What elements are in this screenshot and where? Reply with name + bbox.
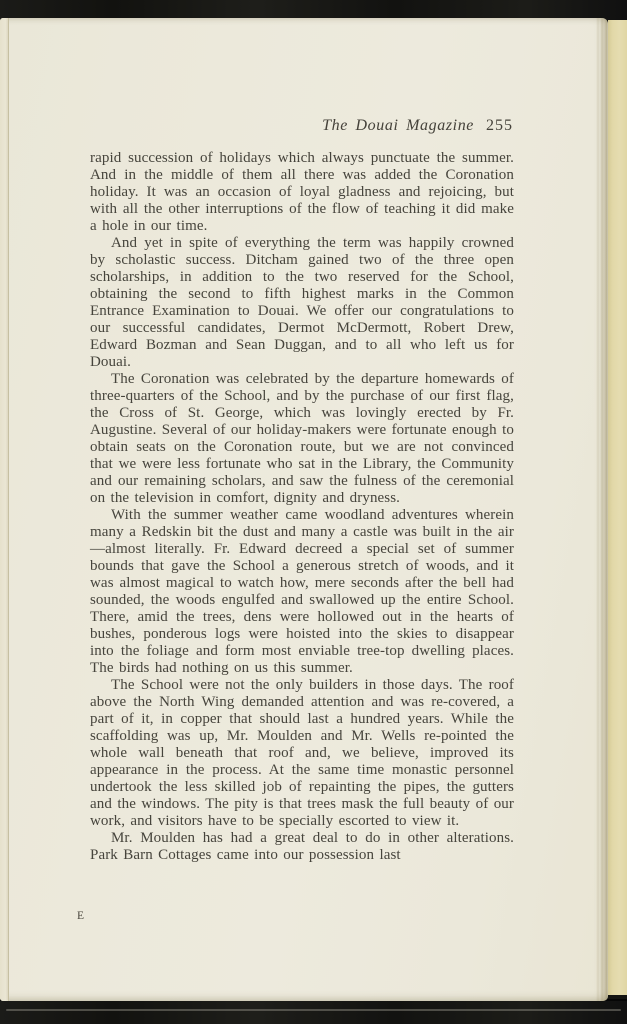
paragraph-3: The Coronation was celebrated by the dep… (90, 371, 514, 507)
cover-highlight-line (6, 1009, 621, 1011)
paragraph-5: The School were not the only builders in… (90, 677, 514, 830)
page-number: 255 (486, 117, 513, 134)
article-body: rapid succession of holidays which alway… (90, 150, 514, 864)
printers-signature-mark: E (77, 910, 85, 922)
left-page-edge (0, 18, 9, 1001)
stacked-page-edges (596, 18, 608, 1001)
magazine-title: The Douai Magazine (322, 117, 474, 134)
fore-edge-strip (608, 20, 627, 995)
paragraph-4: With the summer weather came woodland ad… (90, 507, 514, 677)
running-head: The Douai Magazine255 (322, 117, 513, 135)
book-cover-bottom-edge (0, 999, 627, 1024)
paragraph-1: rapid succession of holidays which alway… (90, 150, 514, 235)
paragraph-6: Mr. Moulden has had a great deal to do i… (90, 830, 514, 864)
book-scan: { "document": { "header": { "magazine_ti… (0, 0, 627, 1024)
magazine-page: The Douai Magazine255 rapid succession o… (0, 18, 608, 1001)
paragraph-2: And yet in spite of everything the term … (90, 235, 514, 371)
